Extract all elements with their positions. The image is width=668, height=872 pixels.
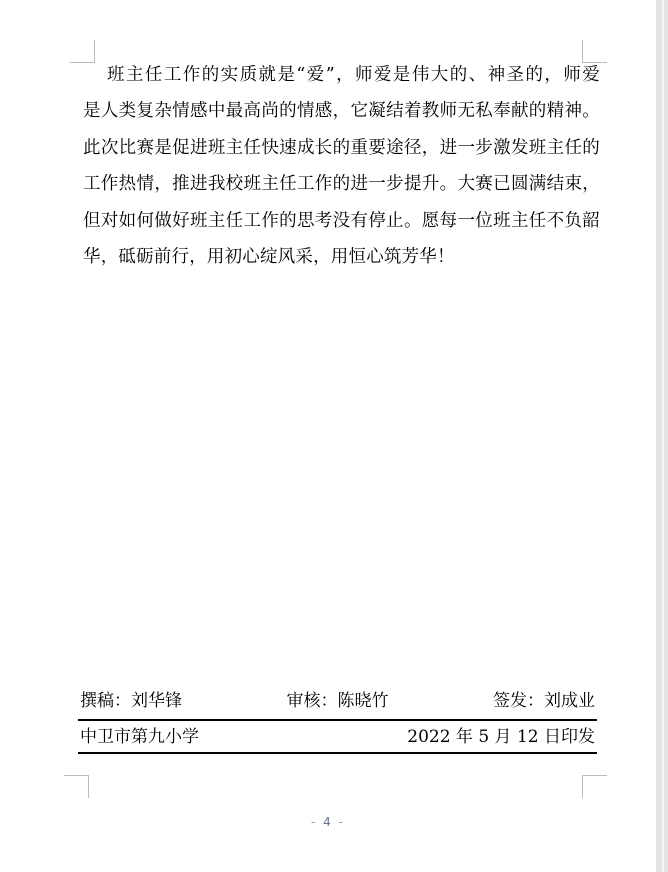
footer-organization: 中卫市第九小学 xyxy=(80,727,199,747)
footer-credits-row: 撰稿：刘华锋 审核：陈晓竹 签发：刘成业 xyxy=(78,691,597,711)
viewer-gutter xyxy=(656,0,668,872)
paragraph-line: 班主任工作的实质就是“爱”，师爱是伟大的、神圣的，师爱 xyxy=(83,57,600,93)
body-paragraph: 班主任工作的实质就是“爱”，师爱是伟大的、神圣的，师爱 是人类复杂情感中最高尚的… xyxy=(83,57,600,275)
footer-print-date: 2022 年 5 月 12 日印发 xyxy=(407,727,595,747)
page-number: - 4 - xyxy=(0,815,656,829)
paragraph-line: 工作热情，推进我校班主任工作的进一步提升。大赛已圆满结束， xyxy=(83,166,600,202)
footer-drafter: 撰稿：刘华锋 xyxy=(80,691,182,711)
paragraph-line: 此次比赛是促进班主任快速成长的重要途径，进一步激发班主任的 xyxy=(83,130,600,166)
page-number-value: 4 xyxy=(323,815,333,829)
footer-reviewer: 审核：陈晓竹 xyxy=(287,691,389,711)
paragraph-line: 是人类复杂情感中最高尚的情感，它凝结着教师无私奉献的精神。 xyxy=(83,93,600,129)
page-number-suffix: - xyxy=(333,815,345,829)
paragraph-line: 华，砥砺前行，用初心绽风采，用恒心筑芳华！ xyxy=(83,239,600,275)
text-boundary-mark-bottom-right xyxy=(582,775,607,798)
paragraph-line: 但对如何做好班主任工作的思考没有停止。愿每一位班主任不负韶 xyxy=(83,203,600,239)
viewer-gutter-highlight xyxy=(662,0,664,872)
footer-issue-row: 中卫市第九小学 2022 年 5 月 12 日印发 xyxy=(78,727,597,747)
page-number-prefix: - xyxy=(311,815,323,829)
footer-divider-bottom xyxy=(78,752,597,754)
footer-divider-top xyxy=(78,719,597,721)
text-boundary-mark-bottom-left xyxy=(64,775,89,798)
footer-issuer: 签发：刘成业 xyxy=(493,691,595,711)
document-page: 班主任工作的实质就是“爱”，师爱是伟大的、神圣的，师爱 是人类复杂情感中最高尚的… xyxy=(0,0,668,872)
